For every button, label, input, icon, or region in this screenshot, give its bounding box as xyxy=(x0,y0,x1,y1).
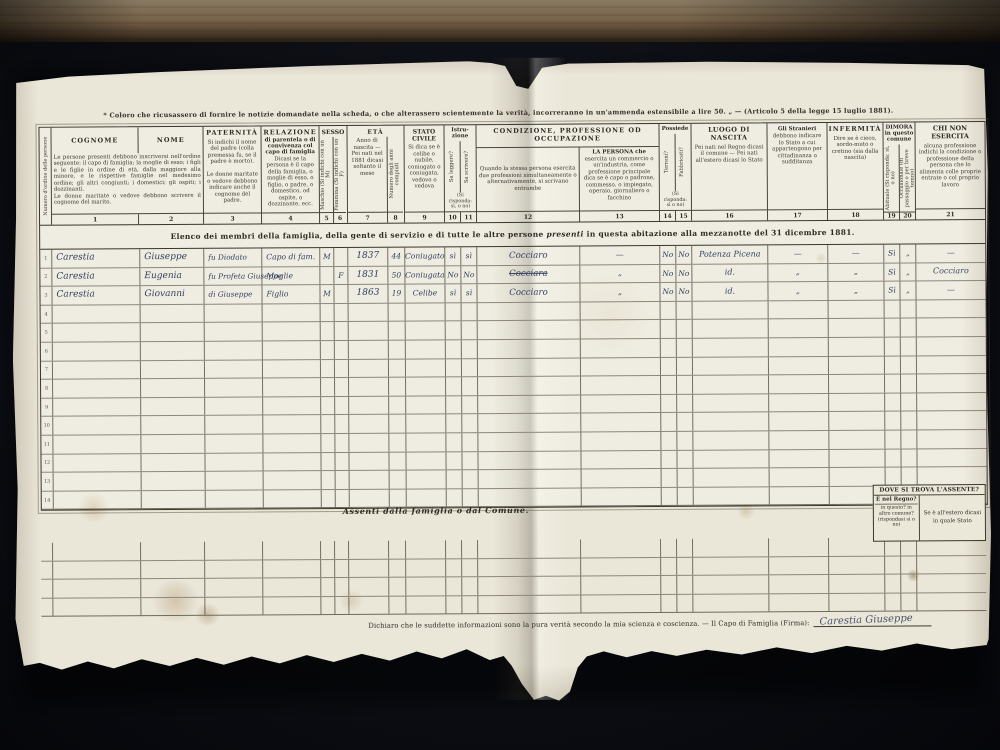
sa-leggere-label: Sa leggere? xyxy=(449,142,455,191)
row-cell xyxy=(581,576,661,594)
chi-non-esercita-note: alcuna professione indichi la condizione… xyxy=(916,142,985,209)
row-cell xyxy=(917,356,986,374)
column-title-paternita: PATERNITÀ xyxy=(203,126,260,138)
row-cell: fu Diodato xyxy=(204,248,262,266)
row-number-cell: 7 xyxy=(41,361,53,379)
row-cell xyxy=(142,491,206,509)
row-cell xyxy=(446,322,462,340)
row-cell xyxy=(446,359,462,377)
row-cell xyxy=(917,374,986,392)
header-col-infermita: INFERMITÀ Dire se è cieco, sordo-muto o … xyxy=(827,123,884,220)
row-cell xyxy=(349,341,389,359)
row-cell xyxy=(901,375,917,393)
row-number-cell: 13 xyxy=(42,473,54,491)
row-cell xyxy=(769,412,829,430)
row-cell xyxy=(463,470,479,488)
handwritten-entry: No xyxy=(447,271,458,279)
row-cell xyxy=(321,434,335,452)
row-cell xyxy=(321,560,335,578)
numero-ordine-label: Numero d'ordine delle persone xyxy=(42,128,49,225)
row-number-cell: 9 xyxy=(41,398,53,416)
row-cell xyxy=(205,323,263,341)
column-title-cognome: COGNOME xyxy=(70,134,119,146)
dove-box-left: È nel Regno? in questo? in altro comune?… xyxy=(874,495,920,540)
paper-group: * Coloro che ricusassero di fornire le n… xyxy=(0,0,1000,750)
handwritten-entry: Celibe xyxy=(413,290,438,298)
header-group-eta: ETÀ Anno di nascita — Pei nati nel 1881 … xyxy=(347,126,405,223)
row-number-cell xyxy=(41,599,53,617)
row-cell xyxy=(205,560,263,578)
row-cell xyxy=(54,472,142,490)
row-number-cell: 10 xyxy=(41,417,53,435)
row-cell xyxy=(901,430,917,448)
row-cell xyxy=(389,559,406,577)
row-cell xyxy=(389,322,406,340)
row-cell xyxy=(462,359,478,377)
row-cell: F xyxy=(334,267,348,285)
row-cell xyxy=(205,416,263,434)
row-cell xyxy=(446,340,462,358)
row-cell: sì xyxy=(445,284,461,302)
row-cell xyxy=(205,304,263,322)
row-cell xyxy=(901,575,917,593)
handwritten-entry: Coniugata xyxy=(405,271,445,279)
handwritten-entry: — xyxy=(852,250,860,258)
column-title-nome: NOME xyxy=(156,134,186,146)
handwritten-entry: „ xyxy=(854,268,858,276)
relazione-subtitle: di parentela o di convivenza col capo di… xyxy=(262,137,319,155)
absent-rows-table xyxy=(41,537,986,617)
row-cell xyxy=(406,578,446,596)
handwritten-entry: M xyxy=(323,290,331,298)
handwritten-entry: Cocciaro xyxy=(933,268,969,276)
row-cell xyxy=(677,339,693,357)
row-cell xyxy=(321,415,335,433)
row-cell xyxy=(206,490,264,508)
handwritten-entry: „ xyxy=(796,269,800,277)
row-cell xyxy=(677,595,693,613)
row-cell xyxy=(829,431,885,449)
column-title-luogo-nascita: LUOGO DI NASCITA xyxy=(691,123,766,143)
row-cell xyxy=(321,341,335,359)
row-cell xyxy=(406,433,446,451)
row-cell xyxy=(141,453,205,471)
row-cell xyxy=(406,396,446,414)
row-cell xyxy=(478,377,581,395)
column-number-5: 5 xyxy=(320,212,333,223)
handwritten-entry: Moglie xyxy=(266,272,293,280)
row-number-cell xyxy=(41,580,53,598)
sesso-maschio-label: Maschio (Si indichi con un M) xyxy=(321,138,332,211)
row-cell: Figlio xyxy=(262,285,320,303)
column-number-13: 13 xyxy=(580,210,659,221)
column-title-eta: ETÀ xyxy=(347,126,403,138)
row-cell xyxy=(205,541,263,559)
row-cell xyxy=(335,560,349,578)
row-cell xyxy=(581,558,661,576)
row-cell xyxy=(769,394,829,412)
column-number-14: 14 xyxy=(660,211,676,221)
row-number-cell: 11 xyxy=(41,436,53,454)
row-number-cell: 6 xyxy=(41,343,53,361)
row-cell xyxy=(462,559,478,577)
row-cell xyxy=(830,468,886,486)
row-cell xyxy=(661,320,677,338)
row-cell: Sì xyxy=(884,245,900,263)
column-number-10: 10 xyxy=(445,212,461,222)
row-cell xyxy=(335,452,349,470)
row-cell: „ xyxy=(828,282,884,300)
condizione-note: Quando la stessa persona esercita due pr… xyxy=(477,147,579,211)
handwritten-entry: 19 xyxy=(392,290,402,298)
row-cell xyxy=(678,488,694,506)
column-title-infermita: INFERMITÀ xyxy=(827,123,882,135)
column-title-possiede: Possiede xyxy=(659,124,690,134)
row-cell xyxy=(462,340,478,358)
row-cell xyxy=(693,357,769,375)
handwritten-entry: Sì xyxy=(888,268,896,276)
handwritten-entry: 1831 xyxy=(356,271,379,280)
row-cell xyxy=(901,412,917,430)
handwritten-entry: Figlio xyxy=(266,290,288,298)
row-cell xyxy=(141,305,205,323)
row-cell: „ xyxy=(768,264,828,282)
row-cell: — xyxy=(580,246,660,264)
row-cell xyxy=(321,322,335,340)
signature-handwriting: Carestia Giuseppe xyxy=(819,613,913,628)
handwritten-entry: Coniugato xyxy=(405,252,445,260)
row-cell: di Giuseppe xyxy=(204,286,262,304)
row-cell xyxy=(321,397,335,415)
row-cell xyxy=(446,377,462,395)
row-cell xyxy=(349,596,389,614)
row-cell xyxy=(141,342,205,360)
row-cell: 1837 xyxy=(348,248,388,266)
row-cell xyxy=(829,575,885,593)
row-cell xyxy=(406,415,446,433)
row-cell xyxy=(478,321,581,339)
row-cell xyxy=(917,337,986,355)
row-cell xyxy=(321,597,335,615)
row-cell: Potenza Picena xyxy=(692,245,768,263)
handwritten-entry: id. xyxy=(725,269,735,277)
row-cell xyxy=(334,248,348,266)
row-cell xyxy=(478,595,581,613)
row-cell xyxy=(885,575,901,593)
row-cell xyxy=(677,576,693,594)
row-cell xyxy=(462,596,478,614)
row-cell xyxy=(769,594,829,612)
row-cell xyxy=(53,417,141,435)
stato-civile-note: Si dica se è celibe o nubile, coniugato … xyxy=(405,144,444,212)
row-cell xyxy=(336,471,350,489)
handwritten-entry: F xyxy=(338,272,343,280)
row-cell: „ xyxy=(580,283,660,301)
row-cell xyxy=(901,337,917,355)
infermita-note: Dire se è cieco, sordo-muto o cretino (s… xyxy=(828,134,883,209)
handwritten-entry: No xyxy=(463,271,474,279)
row-number-cell xyxy=(41,561,53,579)
row-cell: Cocciaro xyxy=(916,263,985,281)
row-cell xyxy=(141,435,205,453)
row-cell xyxy=(407,489,447,507)
row-cell xyxy=(661,395,677,413)
row-cell xyxy=(407,470,447,488)
row-cell xyxy=(335,322,349,340)
column-number-21: 21 xyxy=(916,208,985,219)
row-cell xyxy=(478,558,581,576)
row-cell xyxy=(53,598,141,616)
row-cell: No xyxy=(461,266,477,284)
handwritten-entry: sì xyxy=(466,289,472,297)
row-cell xyxy=(677,302,693,320)
row-cell xyxy=(661,558,677,576)
row-cell: Coniugata xyxy=(405,266,445,284)
row-cell xyxy=(829,593,885,611)
row-cell xyxy=(263,597,321,615)
row-cell xyxy=(447,470,463,488)
row-cell xyxy=(350,489,390,507)
row-cell: — xyxy=(828,245,884,263)
row-number-cell: 3 xyxy=(40,287,52,305)
row-cell xyxy=(661,539,677,557)
row-cell xyxy=(205,397,263,415)
row-cell: No xyxy=(676,246,692,264)
handwritten-entry: No xyxy=(662,251,673,259)
paternita-note: Si indichi il nome del padre (colla prem… xyxy=(204,138,261,213)
column-number-6: 6 xyxy=(334,212,346,223)
row-cell xyxy=(581,320,661,338)
row-cell xyxy=(350,471,390,489)
row-cell: No xyxy=(676,264,692,282)
row-cell xyxy=(693,376,769,394)
row-cell xyxy=(349,359,389,377)
row-cell: 44 xyxy=(388,248,405,266)
header-col-numero: Numero d'ordine delle persone xyxy=(39,128,52,225)
row-cell xyxy=(53,435,141,453)
row-cell: sì xyxy=(461,284,477,302)
column-number-1: 1 xyxy=(52,214,139,225)
stranieri-note: debbono indicare lo Stato a cui apparten… xyxy=(768,132,827,209)
row-cell xyxy=(478,395,581,413)
row-cell xyxy=(917,593,986,611)
row-cell xyxy=(581,451,661,469)
row-cell xyxy=(901,300,917,318)
row-cell xyxy=(406,303,446,321)
row-cell xyxy=(335,397,349,415)
row-cell xyxy=(478,302,581,320)
row-cell xyxy=(389,359,406,377)
column-number-7: 7 xyxy=(348,212,387,223)
row-cell xyxy=(446,303,462,321)
handwritten-entry: No xyxy=(678,251,689,259)
row-cell: „ xyxy=(828,263,884,281)
row-cell: No xyxy=(445,266,461,284)
row-cell xyxy=(321,578,335,596)
row-cell xyxy=(693,394,769,412)
row-cell xyxy=(446,396,462,414)
row-cell xyxy=(769,338,829,356)
row-cell: „ xyxy=(900,244,916,262)
handwritten-entry: — xyxy=(947,249,955,257)
row-cell xyxy=(53,454,141,472)
row-cell xyxy=(141,542,205,560)
row-cell xyxy=(677,539,693,557)
eta-compiuti-label: Numero degli anni compiuti xyxy=(390,138,401,211)
row-cell xyxy=(263,341,321,359)
row-cell xyxy=(661,432,677,450)
absent-rows xyxy=(41,537,986,617)
header-group-istruzione: Istru- zione Sa leggere? Sa scrivere? (S… xyxy=(444,125,477,222)
handwritten-entry: Giuseppe xyxy=(144,253,187,262)
la-persona-note: esercita un commercio o un'industria, co… xyxy=(580,155,659,211)
handwritten-entry: No xyxy=(678,269,689,277)
row-cell xyxy=(205,579,263,597)
header-group-condizione: CONDIZIONE, PROFESSIONE OD OCCUPAZIONE Q… xyxy=(476,124,660,222)
dimora-occasionale-label: Occasionale (di passaggio o per breve te… xyxy=(900,146,914,211)
row-cell: — xyxy=(916,244,985,262)
row-cell xyxy=(446,433,462,451)
row-cell xyxy=(829,338,885,356)
row-cell xyxy=(263,378,321,396)
row-cell xyxy=(901,593,917,611)
row-cell xyxy=(263,560,321,578)
row-cell: Coniugato xyxy=(405,247,445,265)
row-cell xyxy=(406,596,446,614)
row-cell xyxy=(693,450,769,468)
row-cell: „ xyxy=(900,263,916,281)
row-cell xyxy=(446,559,462,577)
row-cell xyxy=(677,320,693,338)
handwritten-entry: „ xyxy=(906,268,910,276)
row-cell xyxy=(917,393,986,411)
column-title-stato-civile: STATO CIVILE xyxy=(404,125,443,144)
row-cell xyxy=(205,341,263,359)
row-cell xyxy=(829,449,885,467)
row-cell: Cocciara xyxy=(477,265,580,283)
row-cell xyxy=(263,453,321,471)
dove-box-right: Se è all'estero dicasi in quale Stato xyxy=(920,495,985,540)
row-cell: 1831 xyxy=(348,266,388,284)
row-cell xyxy=(263,578,321,596)
handwritten-entry: — xyxy=(947,286,955,294)
handwritten-entry: sì xyxy=(466,252,472,260)
row-cell: M xyxy=(320,248,334,266)
column-title-dimora: DIMORA in questo comune xyxy=(883,122,914,144)
handwritten-entry: No xyxy=(678,288,689,296)
row-cell xyxy=(389,415,406,433)
row-cell xyxy=(479,470,582,488)
row-cell xyxy=(478,577,581,595)
row-cell xyxy=(693,557,769,575)
row-cell xyxy=(694,468,770,486)
row-cell xyxy=(322,490,336,508)
row-cell: id. xyxy=(692,264,768,282)
handwritten-entry: „ xyxy=(854,287,858,295)
row-cell: Celibe xyxy=(405,285,445,303)
row-cell xyxy=(885,375,901,393)
column-number-8: 8 xyxy=(388,212,403,223)
row-cell xyxy=(389,303,406,321)
row-cell xyxy=(581,413,661,431)
row-cell xyxy=(478,540,581,558)
handwritten-entry: 50 xyxy=(392,271,402,279)
row-cell xyxy=(661,595,677,613)
handwritten-entry: Carestia xyxy=(56,291,94,300)
row-cell xyxy=(770,487,830,505)
photo-background: * Coloro che ricusassero di fornire le n… xyxy=(0,0,1000,750)
row-cell xyxy=(769,375,829,393)
row-cell xyxy=(661,413,677,431)
row-number-cell: 1 xyxy=(40,250,52,268)
row-cell xyxy=(349,415,389,433)
row-cell xyxy=(581,539,661,557)
row-cell xyxy=(829,556,885,574)
row-cell xyxy=(142,472,206,490)
row-cell: Moglie xyxy=(262,267,320,285)
row-cell xyxy=(447,489,463,507)
row-cell xyxy=(462,396,478,414)
row-cell: Carestia xyxy=(52,268,140,286)
row-cell xyxy=(406,559,446,577)
row-cell xyxy=(463,489,479,507)
row-cell xyxy=(321,378,335,396)
handwritten-entry: fu Diodato xyxy=(208,254,247,262)
row-cell xyxy=(264,490,322,508)
row-cell xyxy=(581,339,661,357)
row-cell xyxy=(661,357,677,375)
handwritten-entry: „ xyxy=(906,250,910,258)
cognome-nome-note: Le persone presenti debbono inscriversi … xyxy=(52,153,203,214)
row-cell xyxy=(53,342,141,360)
row-cell xyxy=(349,434,389,452)
row-cell xyxy=(678,469,694,487)
row-cell xyxy=(389,396,406,414)
row-cell xyxy=(53,324,141,342)
elenco-emphasis: presenti xyxy=(546,229,583,238)
table-header: Numero d'ordine delle persone COGNOME NO… xyxy=(39,122,985,226)
row-number-cell: 5 xyxy=(41,324,53,342)
row-cell xyxy=(885,319,901,337)
row-cell xyxy=(885,449,901,467)
row-cell xyxy=(769,301,829,319)
row-cell: id. xyxy=(692,283,768,301)
row-cell xyxy=(886,468,902,486)
row-cell xyxy=(263,415,321,433)
row-cell xyxy=(321,541,335,559)
row-cell xyxy=(406,359,446,377)
handwritten-entry: id. xyxy=(725,288,735,296)
column-number-2: 2 xyxy=(139,214,203,224)
row-cell xyxy=(446,540,462,558)
handwritten-entry: 1837 xyxy=(356,252,379,261)
row-cell xyxy=(693,538,769,556)
row-cell xyxy=(263,360,321,378)
census-table: Numero d'ordine delle persone COGNOME NO… xyxy=(38,121,987,511)
column-title-stranieri: Gli Stranieri xyxy=(767,123,826,132)
row-cell xyxy=(677,357,693,375)
column-title-sesso: SESSO xyxy=(319,126,346,137)
row-cell xyxy=(53,579,141,597)
handwritten-entry: „ xyxy=(618,270,622,278)
row-cell xyxy=(389,452,406,470)
header-col-stranieri: Gli Stranieri debbono indicare lo Stato … xyxy=(767,123,828,220)
handwritten-entry: Carestia xyxy=(56,254,94,263)
row-cell xyxy=(349,541,389,559)
row-cell xyxy=(829,300,885,318)
row-cell xyxy=(321,453,335,471)
row-cell xyxy=(53,398,141,416)
